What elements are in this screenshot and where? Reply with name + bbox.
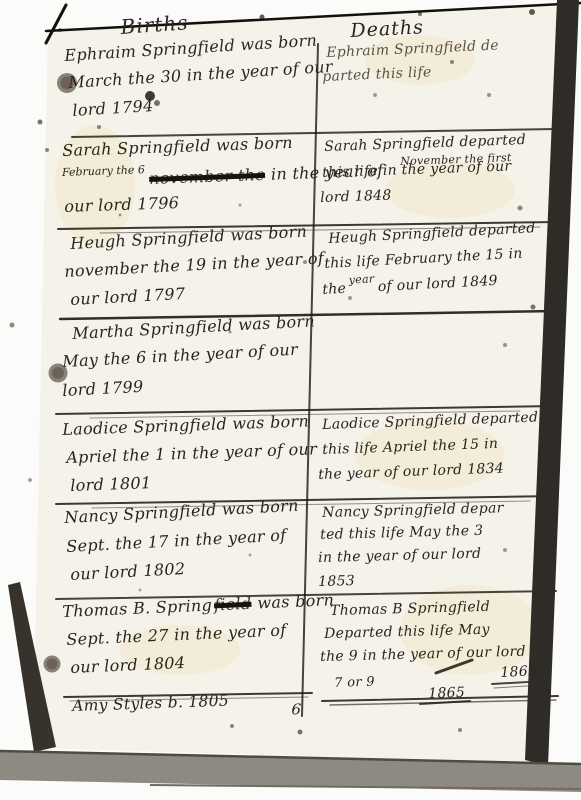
record-nancy-death-line4: 1853 <box>318 574 355 589</box>
line-text-end: was born <box>257 590 335 612</box>
record-sarah-birth-line3: our lord 1796 <box>64 195 180 215</box>
record-thomas-death-line2: Departed this life May <box>324 623 490 641</box>
thomas-death-year-note-right: 1865 <box>500 664 538 680</box>
inserted-word: year <box>348 272 374 286</box>
struck-out-word: november the <box>149 165 265 188</box>
record-sarah-death-line3: lord 1848 <box>320 189 392 205</box>
footer-stray-mark: 6 <box>291 702 302 718</box>
deaths-column-header: Deaths <box>350 18 424 41</box>
line-text-start: the <box>322 281 347 298</box>
record-nancy-death-line3: in the year of our lord <box>318 547 481 565</box>
record-laodice-birth-line3: lord 1801 <box>70 475 152 494</box>
inserted-date-text: February the 6 <box>62 163 145 179</box>
record-nancy-death-line2: ted this life May the 3 <box>320 524 483 542</box>
scan-artwork <box>0 0 581 800</box>
scanned-record-page: Births Deaths Ephraim Springfield was bo… <box>0 0 581 800</box>
struck-out-word: field <box>214 594 252 615</box>
thomas-death-year-note-center: 1865 <box>428 686 465 701</box>
record-martha-birth-line3: lord 1799 <box>62 379 144 399</box>
births-column-header: Births <box>120 12 189 37</box>
record-thomas-death-line1: Thomas B Springfield <box>330 600 490 618</box>
thomas-death-scribble: 7 or 9 <box>334 676 375 690</box>
